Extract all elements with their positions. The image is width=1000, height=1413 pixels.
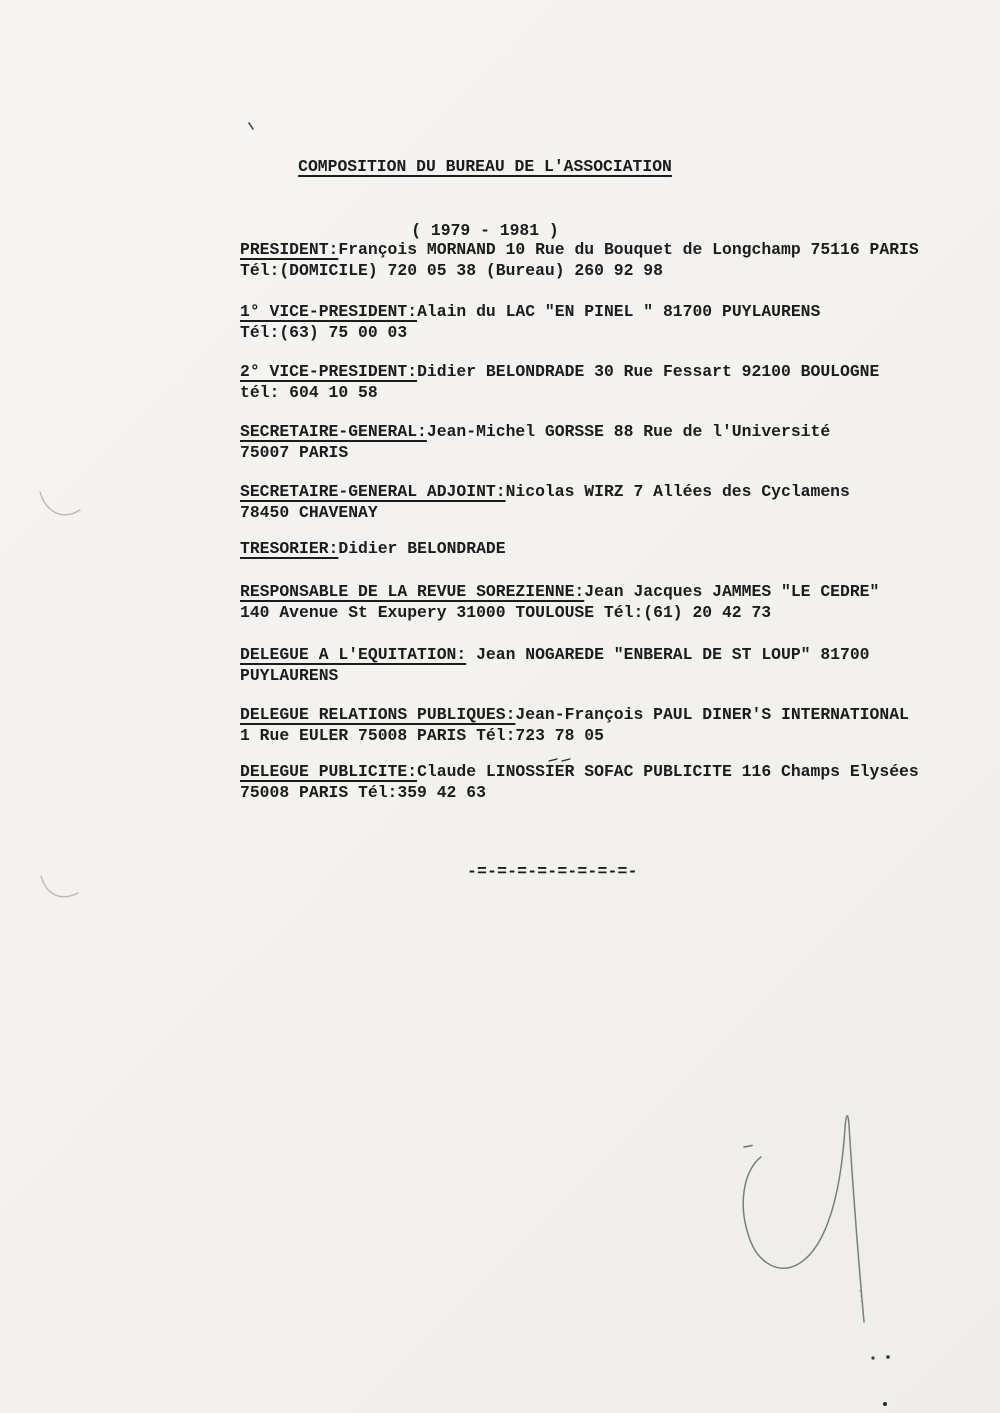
entry-label: DELEGUE RELATIONS PUBLIQUES: — [240, 705, 515, 724]
entry-label: DELEGUE A L'EQUITATION: — [240, 645, 466, 664]
entry-delegue-equitation: DELEGUE A L'EQUITATION: Jean NOGAREDE "E… — [240, 645, 966, 686]
entry-delegue-publicite: DELEGUE PUBLICITE:Claude LINOSSIER SOFAC… — [240, 762, 966, 803]
entry-text: François MORNAND 10 Rue du Bouquet de Lo… — [338, 240, 918, 259]
entry-delegue-relations-publiques: DELEGUE RELATIONS PUBLIQUES:Jean-Françoi… — [240, 705, 966, 746]
entry-line2: 140 Avenue St Exupery 31000 TOULOUSE Tél… — [240, 603, 966, 624]
entry-text: Jean-Michel GORSSE 88 Rue de l'Universit… — [427, 422, 830, 441]
entry-line2: 75008 PARIS Tél:359 42 63 — [240, 783, 966, 804]
ink-speck — [883, 1402, 887, 1406]
entry-label: TRESORIER: — [240, 539, 338, 558]
entry-line2: 78450 CHAVENAY — [240, 503, 966, 524]
entry-label: DELEGUE PUBLICITE: — [240, 762, 417, 781]
ink-speck — [871, 1356, 874, 1359]
entry-responsable-revue: RESPONSABLE DE LA REVUE SOREZIENNE:Jean … — [240, 582, 966, 623]
left-margin-mark-1 — [40, 492, 80, 515]
entry-president: PRESIDENT:François MORNAND 10 Rue du Bou… — [240, 240, 966, 281]
entry-line2: 75007 PARIS — [240, 443, 966, 464]
left-margin-mark-2 — [41, 876, 78, 897]
entry-line2: PUYLAURENS — [240, 666, 966, 687]
entry-label: SECRETAIRE-GENERAL: — [240, 422, 427, 441]
overstrike-mark — [549, 759, 570, 761]
entry-text: Didier BELONDRADE 30 Rue Fessart 92100 B… — [417, 362, 879, 381]
ink-speck — [886, 1355, 890, 1359]
title-speck — [249, 123, 253, 129]
entry-text: Nicolas WIRZ 7 Allées des Cyclamens — [506, 482, 850, 501]
entry-label: 2° VICE-PRESIDENT: — [240, 362, 417, 381]
entry-text: Didier BELONDRADE — [338, 539, 505, 558]
entry-line2: Tél:(63) 75 00 03 — [240, 323, 966, 344]
entry-vice-president-2: 2° VICE-PRESIDENT:Didier BELONDRADE 30 R… — [240, 362, 966, 403]
entry-label: 1° VICE-PRESIDENT: — [240, 302, 417, 321]
entry-secretaire-general: SECRETAIRE-GENERAL:Jean-Michel GORSSE 88… — [240, 422, 966, 463]
entry-line2: 1 Rue EULER 75008 PARIS Tél:723 78 05 — [240, 726, 966, 747]
end-separator: -=-=-=-=-=-=-=-=- — [467, 862, 638, 883]
entry-text: Jean Jacques JAMMES "LE CEDRE" — [584, 582, 879, 601]
entry-text: Alain du LAC "EN PINEL " 81700 PUYLAUREN… — [417, 302, 820, 321]
entry-text: Claude LINOSSIER SOFAC PUBLICITE 116 Cha… — [417, 762, 919, 781]
entry-text: Jean-François PAUL DINER'S INTERNATIONAL — [515, 705, 908, 724]
handwritten-signature-mark — [743, 1116, 864, 1323]
entry-vice-president-1: 1° VICE-PRESIDENT:Alain du LAC "EN PINEL… — [240, 302, 966, 343]
entry-label: RESPONSABLE DE LA REVUE SOREZIENNE: — [240, 582, 584, 601]
document-subtitle: ( 1979 - 1981 ) — [293, 221, 677, 242]
entry-line2: Tél:(DOMICILE) 720 05 38 (Bureau) 260 92… — [240, 261, 966, 282]
document-title: COMPOSITION DU BUREAU DE L'ASSOCIATION — [293, 157, 677, 178]
entry-text: Jean NOGAREDE "ENBERAL DE ST LOUP" 81700 — [466, 645, 869, 664]
entry-label: SECRETAIRE-GENERAL ADJOINT: — [240, 482, 506, 501]
entry-label: PRESIDENT: — [240, 240, 338, 259]
entry-tresorier: TRESORIER:Didier BELONDRADE — [240, 539, 966, 560]
scanned-document-page: COMPOSITION DU BUREAU DE L'ASSOCIATION (… — [0, 0, 1000, 1413]
entry-secretaire-general-adjoint: SECRETAIRE-GENERAL ADJOINT:Nicolas WIRZ … — [240, 482, 966, 523]
entry-line2: tél: 604 10 58 — [240, 383, 966, 404]
